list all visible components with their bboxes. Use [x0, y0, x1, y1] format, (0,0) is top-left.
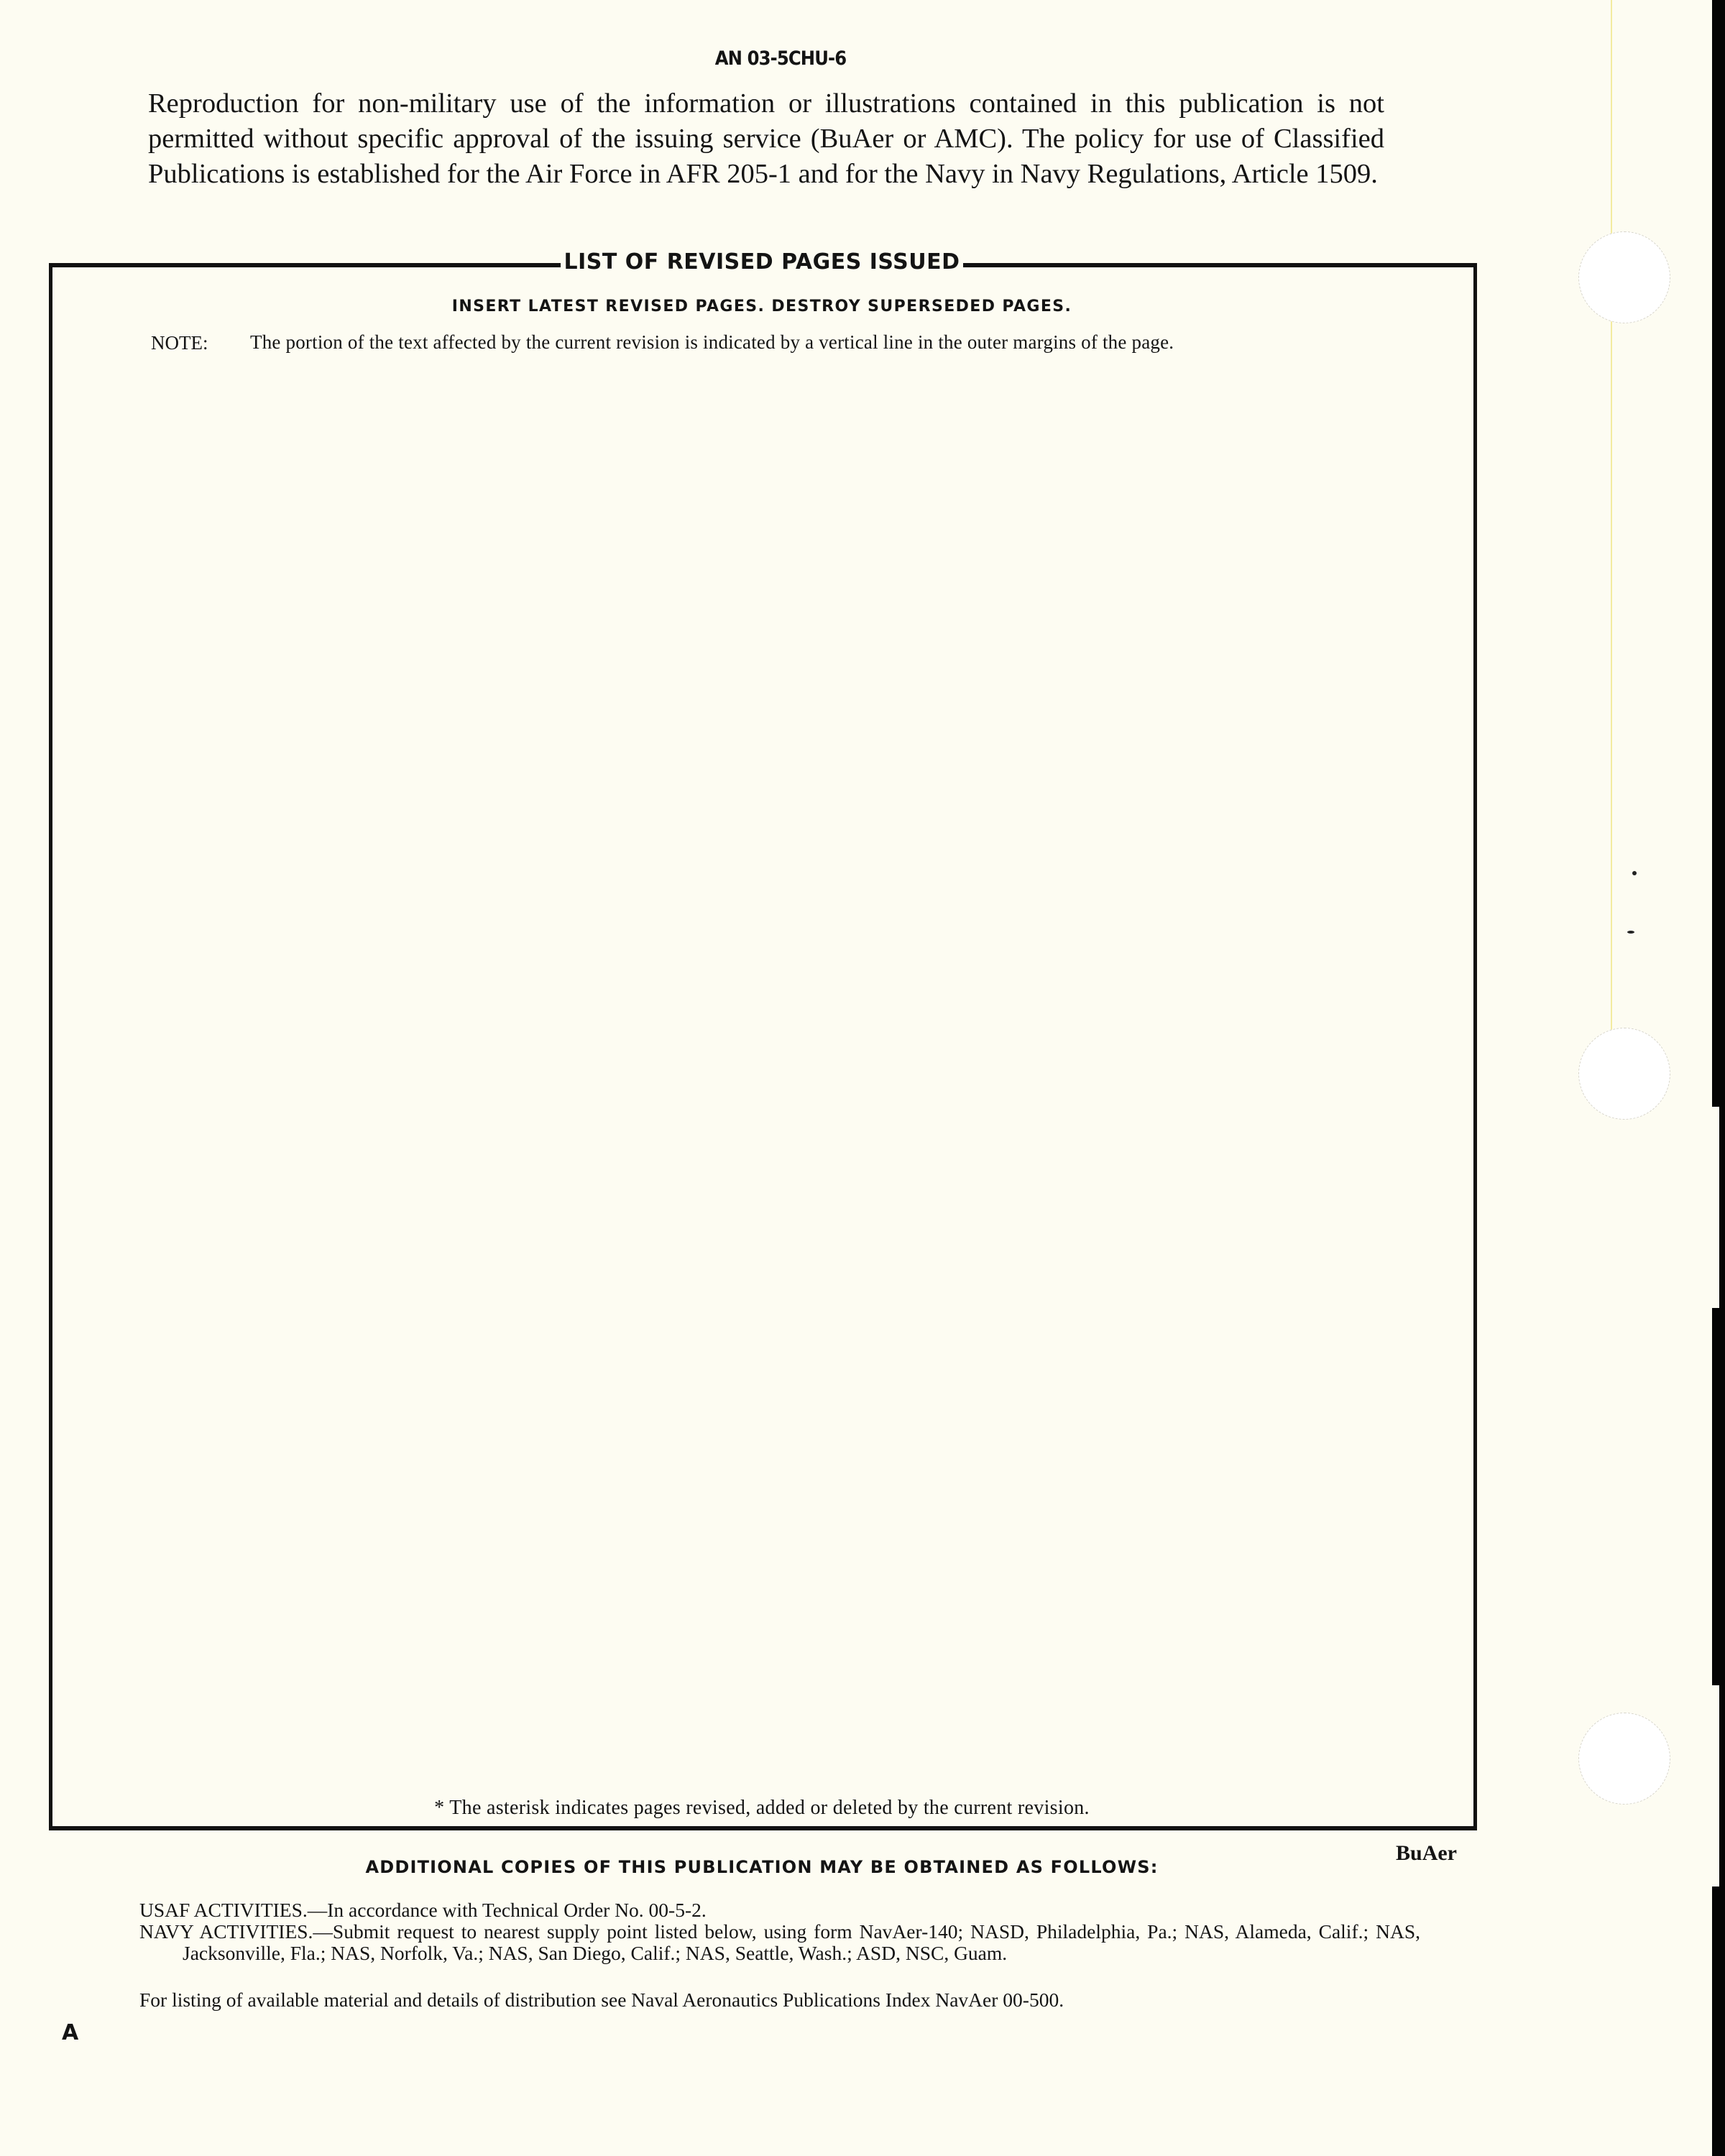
- asterisk-note: * The asterisk indicates pages revised, …: [0, 1797, 1524, 1820]
- paper-fold-line: [1611, 0, 1612, 1078]
- scan-edge-gap: [1712, 1107, 1719, 1308]
- speck-mark: [1632, 871, 1637, 875]
- speck-mark: [1627, 931, 1634, 934]
- note-text: The portion of the text affected by the …: [250, 332, 1386, 353]
- revised-pages-title-wrap: LIST OF REVISED PAGES ISSUED: [0, 249, 1524, 275]
- note-label: NOTE:: [151, 332, 208, 354]
- usaf-activities-paragraph: USAF ACTIVITIES.—In accordance with Tech…: [139, 1899, 1377, 1921]
- revised-pages-box: [49, 264, 1477, 1830]
- publications-index-paragraph: For listing of available material and de…: [139, 1989, 1377, 2011]
- additional-copies-heading: ADDITIONAL COPIES OF THIS PUBLICATION MA…: [0, 1857, 1524, 1877]
- page-letter: A: [62, 2020, 78, 2045]
- scan-edge-gap: [1712, 1685, 1719, 1886]
- punch-hole-middle: [1578, 1028, 1670, 1120]
- reproduction-notice: Reproduction for non-military use of the…: [148, 86, 1384, 192]
- punch-hole-top: [1578, 231, 1670, 323]
- punch-hole-bottom: [1578, 1713, 1670, 1805]
- insert-instruction: INSERT LATEST REVISED PAGES. DESTROY SUP…: [0, 298, 1524, 315]
- document-number: AN 03-5CHU-6: [78, 47, 1483, 70]
- navy-activities-paragraph: NAVY ACTIVITIES.—Submit request to neare…: [139, 1921, 1420, 1964]
- revised-pages-title: LIST OF REVISED PAGES ISSUED: [561, 249, 962, 275]
